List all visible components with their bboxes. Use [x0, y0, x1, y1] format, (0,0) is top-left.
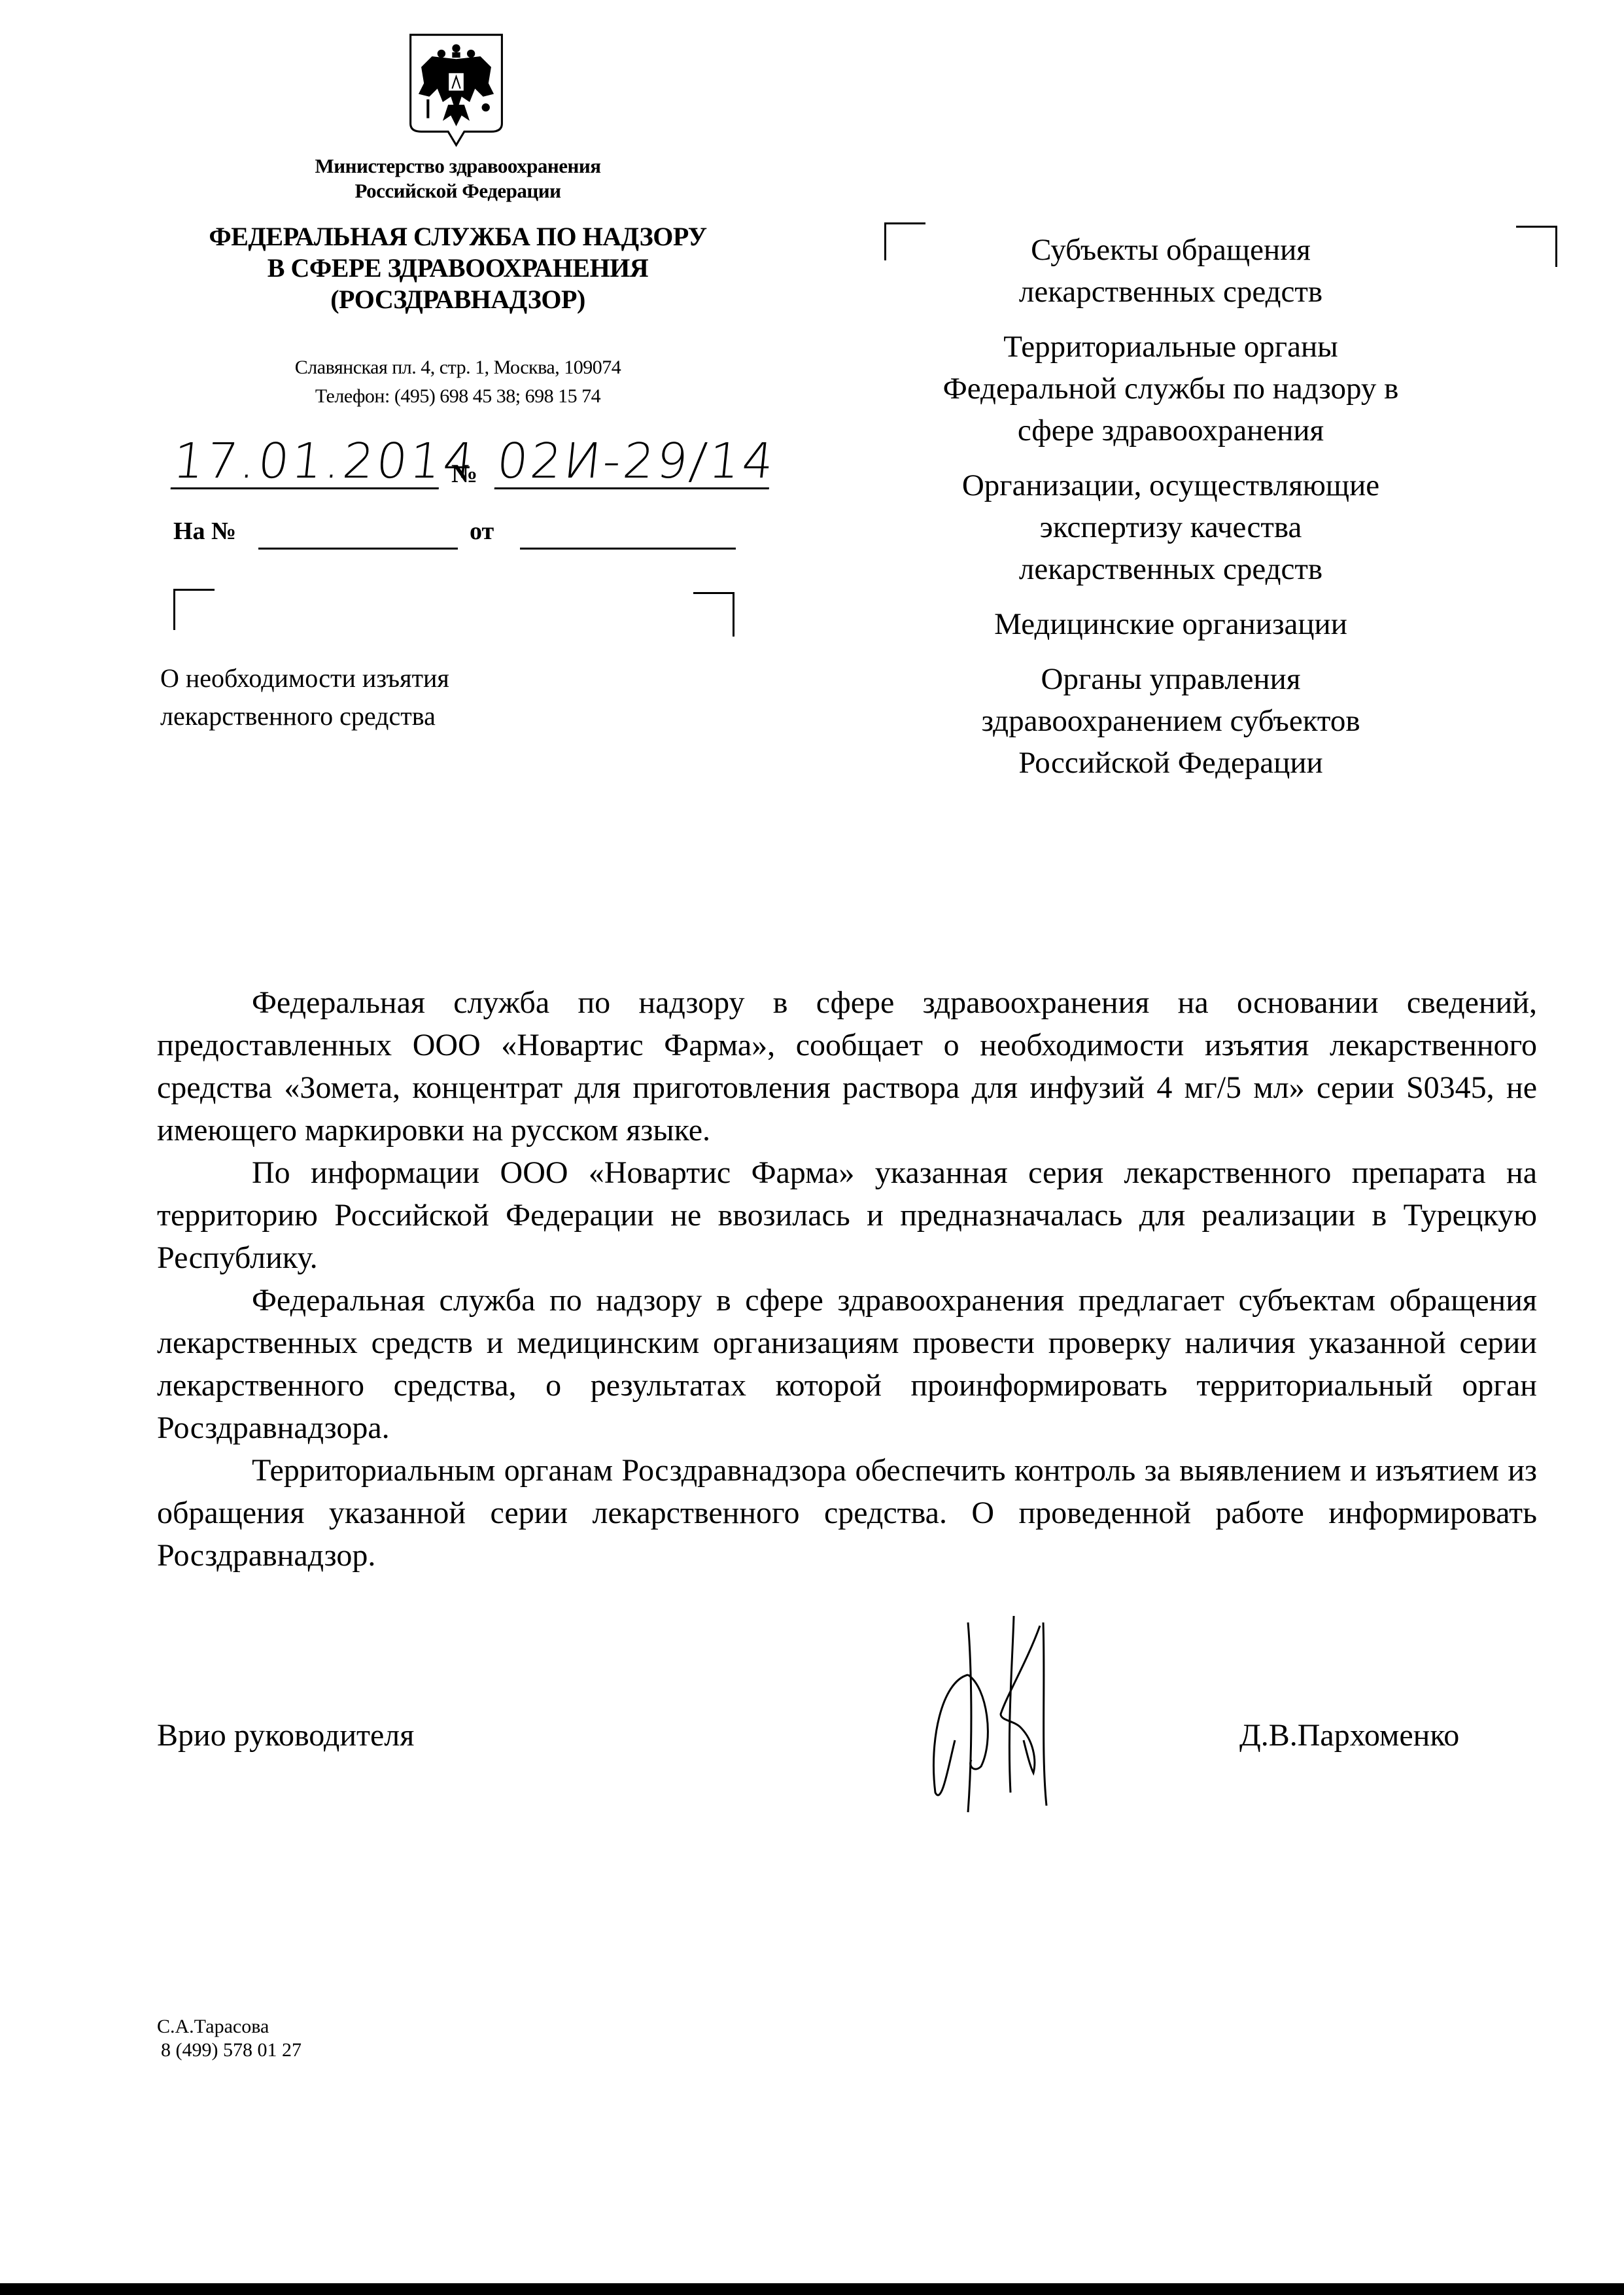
reply-number-field — [258, 518, 458, 550]
addressee-line: Медицинские организации — [876, 603, 1465, 645]
addressee-line: Федеральной службы по надзору в — [876, 368, 1465, 410]
addressee-bracket-right — [1516, 226, 1557, 267]
subject-line: О необходимости изъятия — [160, 659, 618, 697]
body-paragraph: Федеральная служба по надзору в сфере зд… — [157, 981, 1537, 1151]
ministry-line: Министерство здравоохранения — [196, 154, 719, 179]
ministry-name: Министерство здравоохранения Российской … — [196, 154, 719, 203]
subject-bracket-left — [173, 589, 215, 630]
addressee-line: Органы управления — [876, 658, 1465, 700]
addressee-list: Субъекты обращения лекарственных средств… — [876, 229, 1465, 797]
addressee-line: экспертизу качества — [876, 506, 1465, 548]
ministry-line: Российской Федерации — [196, 179, 719, 203]
from-label: от — [470, 517, 494, 546]
agency-name: ФЕДЕРАЛЬНАЯ СЛУЖБА ПО НАДЗОРУ В СФЕРЕ ЗД… — [131, 221, 785, 315]
agency-contacts: Славянская пл. 4, стр. 1, Москва, 109074… — [164, 353, 752, 411]
reply-label: На № — [173, 517, 236, 546]
agency-line: (РОСЗДРАВНАДЗОР) — [131, 284, 785, 315]
body-paragraph: Федеральная служба по надзору в сфере зд… — [157, 1279, 1537, 1449]
addressee-line: лекарственных средств — [876, 271, 1465, 313]
subject-bracket-right — [693, 592, 734, 637]
addressee-item: Организации, осуществляющие экспертизу к… — [876, 464, 1465, 590]
agency-address: Славянская пл. 4, стр. 1, Москва, 109074 — [164, 353, 752, 382]
signatory-name: Д.В.Пархоменко — [1239, 1717, 1459, 1753]
subject-line: лекарственного средства — [160, 697, 618, 735]
scan-edge-bar — [0, 2283, 1624, 2295]
addressee-item: Территориальные органы Федеральной служб… — [876, 326, 1465, 451]
addressee-line: здравоохранением субъектов — [876, 700, 1465, 742]
russian-coat-of-arms-icon — [402, 29, 510, 150]
registration-date: 17.01.2014 — [171, 435, 445, 489]
executor-phone: 8 (499) 578 01 27 — [157, 2039, 302, 2062]
from-date-field — [520, 518, 736, 550]
addressee-item: Органы управления здравоохранением субъе… — [876, 658, 1465, 784]
number-sign: № — [451, 458, 477, 489]
agency-line: В СФЕРЕ ЗДРАВООХРАНЕНИЯ — [131, 253, 785, 284]
addressee-item: Медицинские организации — [876, 603, 1465, 645]
addressee-line: Субъекты обращения — [876, 229, 1465, 271]
addressee-item: Субъекты обращения лекарственных средств — [876, 229, 1465, 313]
executor-name: С.А.Тарасова — [157, 2015, 302, 2039]
letter-subject: О необходимости изъятия лекарственного с… — [160, 659, 618, 735]
addressee-line: сфере здравоохранения — [876, 410, 1465, 451]
signatory-position: Врио руководителя — [157, 1717, 414, 1753]
addressee-line: Территориальные органы — [876, 326, 1465, 368]
agency-phone: Телефон: (495) 698 45 38; 698 15 74 — [164, 382, 752, 411]
handwritten-signature-icon — [903, 1609, 1112, 1825]
addressee-line: лекарственных средств — [876, 548, 1465, 590]
registration-number: 02И-29/14 — [494, 435, 775, 489]
agency-line: ФЕДЕРАЛЬНАЯ СЛУЖБА ПО НАДЗОРУ — [131, 221, 785, 253]
body-paragraph: По информации ООО «Новартис Фарма» указа… — [157, 1151, 1537, 1279]
addressee-line: Организации, осуществляющие — [876, 464, 1465, 506]
body-paragraph: Территориальным органам Росздравнадзора … — [157, 1449, 1537, 1577]
letter-body: Федеральная служба по надзору в сфере зд… — [157, 981, 1537, 1577]
addressee-line: Российской Федерации — [876, 742, 1465, 784]
executor-contact: С.А.Тарасова 8 (499) 578 01 27 — [157, 2015, 302, 2062]
